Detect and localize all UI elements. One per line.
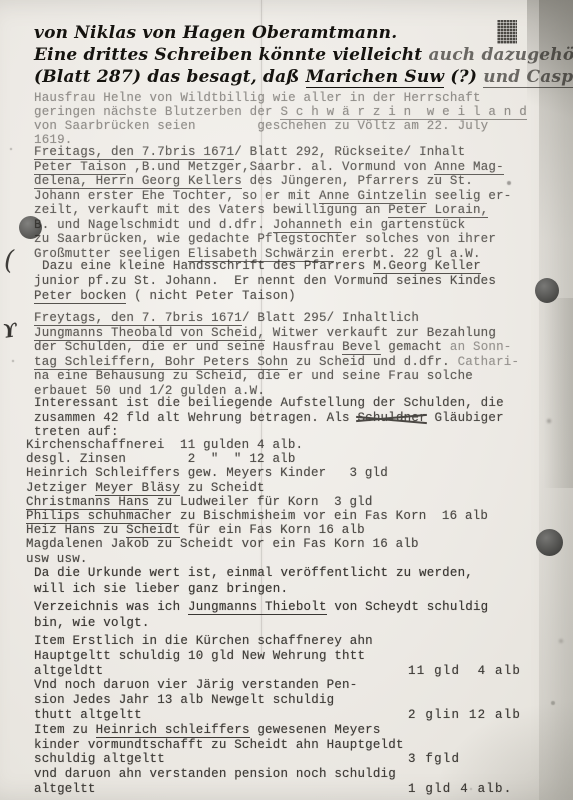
- text-segment: altgeltt: [34, 782, 96, 796]
- text-line: will ich sie lieber ganz bringen.: [34, 582, 473, 598]
- text-segment: Interessant ist die beiliegende Aufstell…: [34, 396, 504, 410]
- text-segment: Freitags, den 7.7bris 1671: [34, 145, 234, 160]
- text-segment: Anne Gintzelin: [319, 189, 427, 204]
- text-segment: Hauptgeltt schuldig 10 gld New Wehrung t…: [34, 649, 365, 663]
- note-keller-block: Dazu eine kleine Handsschrift des Pfarre…: [34, 259, 496, 304]
- text-segment: Hausfrau Helne von Wildtbillig wie aller…: [34, 91, 481, 105]
- faint-intro-block: Hausfrau Helne von Wildtbillig wie aller…: [34, 91, 527, 147]
- text-line: Kirchenschaffnerei 11 gulden 4 alb.: [26, 438, 488, 452]
- text-segment: Eine drittes Schreiben könnte vielleicht: [34, 45, 428, 65]
- text-segment: M.Georg Keller: [373, 259, 481, 274]
- text-segment: Marichen Suw: [306, 67, 445, 88]
- punch-hole-right-lower: [536, 529, 563, 556]
- text-line: schuldig altgeltt3 fgld: [34, 752, 564, 767]
- text-line: sion Jedes Jahr 13 alb Newgelt schuldig: [34, 693, 564, 708]
- text-segment: Vnd noch daruon vier Järig verstanden Pe…: [34, 678, 357, 692]
- text-line: (Blatt 287) das besagt, daß Marichen Suw…: [34, 66, 573, 88]
- text-segment: Heinrich schleiffers: [96, 723, 250, 738]
- text-segment: von Scheydt schuldig: [327, 600, 489, 614]
- margin-handwritten-mark: ϒ: [2, 319, 19, 343]
- text-segment: zu Scheid und d.dfr.: [288, 355, 457, 369]
- text-segment: treten auf:: [34, 425, 119, 439]
- margin-paren-mark: (: [4, 246, 14, 276]
- text-segment: seelig er-: [427, 189, 512, 203]
- text-line: Johann erster Ehe Tochter, so er mit Ann…: [34, 189, 512, 204]
- verzeichnis-heading-block: Verzeichnis was ich Jungmanns Thiebolt v…: [34, 600, 488, 631]
- text-segment: Gläubiger: [427, 411, 504, 425]
- text-segment: auch dazugehören,: [428, 45, 573, 65]
- note-urkunde-block: Da die Urkunde wert ist, einmal veröffen…: [34, 566, 473, 597]
- text-line: zusammen 42 fld alt Wehrung betragen. Al…: [34, 411, 504, 426]
- text-segment: an Sonn-: [450, 340, 512, 354]
- text-line: usw usw.: [26, 552, 488, 566]
- text-line: Hauptgeltt schuldig 10 gld New Wehrung t…: [34, 649, 564, 664]
- text-segment: Da die Urkunde wert ist, einmal veröffen…: [34, 566, 473, 580]
- text-segment: / Blatt 295/ Inhaltlich: [242, 311, 419, 325]
- text-line: Magdalenen Jakob zu Scheidt vor ein Fas …: [26, 537, 488, 551]
- text-line: na eine Behausung zu Scheid, die er und …: [34, 369, 519, 384]
- text-line: bin, wie volgt.: [34, 616, 488, 632]
- text-segment: Peter bocken: [34, 289, 126, 304]
- amount-value: 2 glin 12 alb: [408, 708, 521, 723]
- text-segment: Meyer Bläsy: [95, 481, 180, 496]
- text-segment: Johanneth: [273, 218, 342, 233]
- text-segment: (?): [444, 67, 483, 87]
- text-segment: bin, wie volgt.: [34, 616, 150, 630]
- text-segment: altgeldtt: [34, 664, 103, 678]
- text-segment: Jetziger: [26, 481, 95, 495]
- text-line: altgeldtt11 gld 4 alb: [34, 664, 564, 679]
- text-line: B. und Nagelschmidt und d.dfr. Johanneth…: [34, 218, 512, 233]
- text-segment: gewesenen Meyers: [250, 723, 381, 737]
- text-segment: schuldig altgeltt: [34, 752, 165, 766]
- text-segment: Schuldner: [357, 411, 426, 426]
- text-segment: Witwer verkauft zur Bezahlung: [265, 326, 496, 340]
- text-segment: zusammen 42 fld alt Wehrung betragen. Al…: [34, 411, 357, 425]
- text-line: Verzeichnis was ich Jungmanns Thiebolt v…: [34, 600, 488, 616]
- text-segment: Peter Lorain,: [388, 203, 488, 218]
- text-segment: ( nicht Peter Taison): [126, 289, 295, 303]
- text-line: Heiz Hans zu Scheidt für ein Fas Korn 16…: [26, 523, 488, 537]
- text-line: Jetziger Meyer Bläsy zu Scheidt: [26, 481, 488, 495]
- text-line: Item zu Heinrich schleiffers gewesenen M…: [34, 723, 564, 738]
- text-segment: delena, Herrn Georg Kellers: [34, 174, 242, 189]
- text-line: vnd daruon ahn verstanden pension noch s…: [34, 767, 564, 782]
- text-line: thutt altgeltt2 glin 12 alb: [34, 708, 564, 723]
- text-segment: S c h w ä r z i n w e i l a n d: [280, 105, 526, 120]
- text-segment: Item zu: [34, 723, 96, 737]
- text-segment: zu Saarbrücken, wie gedachte Pflegstocht…: [34, 232, 496, 246]
- text-segment: Freytags, den 7. 7bris 1671: [34, 311, 242, 326]
- text-segment: für ein Fas Korn 16 alb: [180, 523, 365, 537]
- text-segment: von Niklas von Hagen Oberamtmann.: [34, 23, 397, 43]
- text-line: Peter bocken ( nicht Peter Taison): [34, 289, 496, 304]
- text-line: zeilt, verkauft mit des Vaters bewilligu…: [34, 203, 512, 218]
- text-segment: Johann erster Ehe Tochter, so er mit: [34, 189, 319, 203]
- text-line: Item Erstlich in die Kürchen schaffnerey…: [34, 634, 564, 649]
- text-line: Philips schuhmacher zu Bischmisheim vor …: [26, 509, 488, 523]
- debt-items-block: Item Erstlich in die Kürchen schaffnerey…: [34, 634, 564, 797]
- text-segment: Kirchenschaffnerei 11 gulden 4 alb.: [26, 438, 303, 452]
- text-segment: der Schulden, die er und seine Hausfrau: [34, 340, 342, 354]
- text-segment: junior pf.zu St. Johann. Er nennt den Vo…: [34, 274, 496, 288]
- text-line: desgl. Zinsen 2 " " 12 alb: [26, 452, 488, 466]
- text-line: Freytags, den 7. 7bris 1671/ Blatt 295/ …: [34, 311, 519, 326]
- amount-value: 11 gld 4 alb: [408, 664, 521, 679]
- text-line: Freitags, den 7.7bris 1671/ Blatt 292, R…: [34, 145, 512, 160]
- text-line: Peter Taison ,B.und Metzger,Saarbr. al. …: [34, 160, 512, 175]
- text-segment: tag Schleiffern, Bohr Peters Sohn: [34, 355, 288, 370]
- text-line: Hausfrau Helne von Wildtbillig wie aller…: [34, 91, 527, 105]
- text-segment: Dazu eine kleine Handsschrift des Pfarre…: [42, 259, 373, 273]
- text-segment: Verzeichnis was ich: [34, 600, 188, 614]
- entry-blatt-292-block: Freitags, den 7.7bris 1671/ Blatt 292, R…: [34, 145, 512, 261]
- text-segment: Heinrich Schleiffers gew. Meyers Kinder …: [26, 466, 388, 480]
- text-line: altgeltt1 gld 4 alb.: [34, 782, 564, 797]
- text-segment: ,B.und Metzger,Saarbr. al. Vormund von: [126, 160, 434, 174]
- text-segment: Bevel: [342, 340, 381, 355]
- text-line: Christmanns Hans zu Ludweiler für Korn 3…: [26, 495, 488, 509]
- text-segment: zu Scheidt: [180, 481, 265, 495]
- text-segment: und Caspar: [483, 67, 573, 88]
- text-line: Heinrich Schleiffers gew. Meyers Kinder …: [26, 466, 488, 480]
- text-line: von Niklas von Hagen Oberamtmann.: [34, 22, 573, 44]
- text-segment: Item Erstlich in die Kürchen schaffnerey…: [34, 634, 373, 648]
- text-line: delena, Herrn Georg Kellers des Jüngeren…: [34, 174, 512, 189]
- text-line: junior pf.zu St. Johann. Er nennt den Vo…: [34, 274, 496, 289]
- text-segment: ein gartenstück: [342, 218, 465, 232]
- text-segment: will ich sie lieber ganz bringen.: [34, 582, 288, 596]
- text-segment: Jungmanns Thiebolt: [188, 600, 327, 615]
- text-segment: thutt altgeltt: [34, 708, 142, 722]
- text-line: Jungmanns Theobald von Scheid, Witwer ve…: [34, 326, 519, 341]
- text-segment: gemacht: [381, 340, 450, 354]
- text-segment: / Blatt 292, Rückseite/ Inhalt: [234, 145, 465, 159]
- text-segment: Anne Mag-: [434, 160, 503, 175]
- handwritten-note-block: von Niklas von Hagen Oberamtmann.Eine dr…: [34, 22, 573, 88]
- text-segment: Philips schuhmacher: [26, 509, 172, 524]
- text-segment: des Jüngeren, Pfarrers zu St.: [242, 174, 473, 188]
- text-segment: Heiz Hans zu: [26, 523, 126, 537]
- text-segment: Scheidt: [126, 523, 180, 538]
- scan-smudge-right: [543, 298, 573, 488]
- text-segment: sion Jedes Jahr 13 alb Newgelt schuldig: [34, 693, 334, 707]
- text-segment: vnd daruon ahn verstanden pension noch s…: [34, 767, 396, 781]
- text-segment: kinder vormundtschafft zu Scheidt ahn Ha…: [34, 738, 404, 752]
- text-segment: zu Ludweiler für Korn 3 gld: [149, 495, 372, 509]
- text-line: Da die Urkunde wert ist, einmal veröffen…: [34, 566, 473, 582]
- text-segment: zu Bischmisheim vor ein Fas Korn 16 alb: [172, 509, 488, 523]
- text-line: Eine drittes Schreiben könnte vielleicht…: [34, 44, 573, 66]
- text-segment: (Blatt 287) das besagt, daß: [34, 67, 306, 87]
- text-line: Dazu eine kleine Handsschrift des Pfarre…: [34, 259, 496, 274]
- text-segment: geringen nächste Blutzerben der: [34, 105, 280, 119]
- text-line: Vnd noch daruon vier Järig verstanden Pe…: [34, 678, 564, 693]
- text-segment: zeilt, verkauft mit des Vaters bewilligu…: [34, 203, 388, 217]
- text-segment: von Saarbrücken seien geschehen zu Völtz…: [34, 119, 488, 133]
- debt-list-block: Kirchenschaffnerei 11 gulden 4 alb.desgl…: [26, 438, 488, 566]
- text-line: der Schulden, die er und seine Hausfrau …: [34, 340, 519, 355]
- text-segment: Magdalenen Jakob zu Scheidt vor ein Fas …: [26, 537, 419, 551]
- scanned-document-page: ( ϒ von Niklas von Hagen Oberamtmann.Ein…: [0, 0, 573, 800]
- text-line: Interessant ist die beiliegende Aufstell…: [34, 396, 504, 411]
- text-segment: Peter Taison: [34, 160, 126, 175]
- text-segment: desgl. Zinsen 2 " " 12 alb: [26, 452, 296, 466]
- amount-value: 3 fgld: [408, 752, 460, 767]
- text-line: zu Saarbrücken, wie gedachte Pflegstocht…: [34, 232, 512, 247]
- text-segment: B. und Nagelschmidt und d.dfr.: [34, 218, 273, 232]
- amount-value: 1 gld 4 alb.: [408, 782, 512, 797]
- text-segment: na eine Behausung zu Scheid, die er und …: [34, 369, 473, 383]
- text-segment: Jungmanns Theobald von Scheid,: [34, 326, 265, 341]
- punch-hole-right-upper: [535, 278, 559, 303]
- scan-specks: [0, 0, 2, 2]
- text-segment: Cathari-: [458, 355, 520, 369]
- text-line: geringen nächste Blutzerben der S c h w …: [34, 105, 527, 119]
- text-line: kinder vormundtschafft zu Scheidt ahn Ha…: [34, 738, 564, 753]
- text-line: tag Schleiffern, Bohr Peters Sohn zu Sch…: [34, 355, 519, 370]
- entry-blatt-295-block: Freytags, den 7. 7bris 1671/ Blatt 295/ …: [34, 311, 519, 398]
- text-segment: Christmanns Hans: [26, 495, 149, 510]
- text-line: von Saarbrücken seien geschehen zu Völtz…: [34, 119, 527, 133]
- text-segment: usw usw.: [26, 552, 88, 566]
- note-schulden-block: Interessant ist die beiliegende Aufstell…: [34, 396, 504, 440]
